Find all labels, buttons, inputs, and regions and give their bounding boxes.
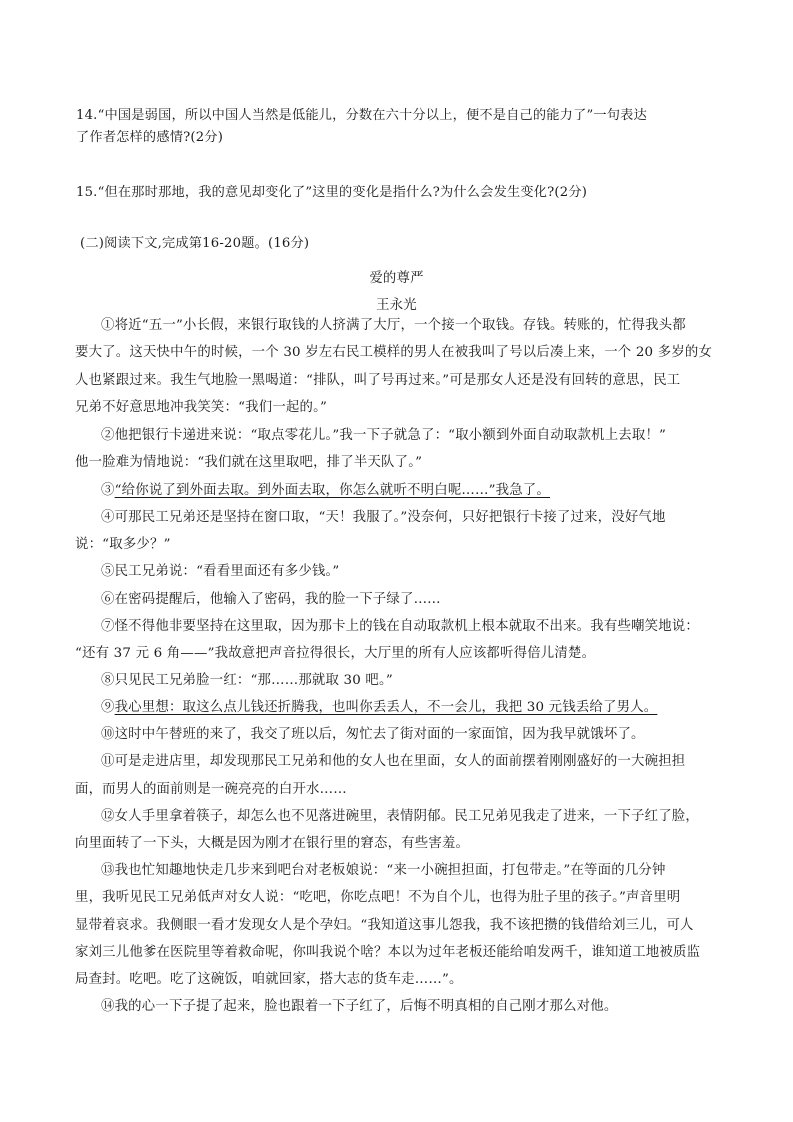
paragraph-10: ⑩这时中午替班的来了，我交了班以后，匆忙去了街对面的一家面馆，因为我早就饿坏了。 — [101, 725, 645, 745]
paragraph-3: ③“给你说了到外面去取。到外面去取，你怎么就听不明白呢……”我急了。 — [101, 481, 550, 501]
paragraph-14: ⑭我的心一下子提了起来，脸也跟着一下子红了，后悔不明真相的自己刚才那么对他。 — [101, 997, 617, 1017]
paragraph-13-line-5: 局查封。吃吧。吃了这碗饭，咱就回家，搭大志的货车走……”。 — [75, 970, 463, 990]
paragraph-1-line-3: 人也紧跟过来。我生气地脸一黑喝道：“排队，叫了号再过来。”可是那女人还是没有回转… — [75, 371, 680, 391]
paragraph-11-line-2: 面，而男人的面前则是一碗亮亮的白开水…… — [75, 780, 347, 800]
paragraph-9-number: ⑨ — [101, 700, 115, 715]
paragraph-2-line-1: ②他把银行卡递进来说：“取点零花儿。”我一下子就急了：“取小额到外面自动取款机上… — [101, 426, 666, 446]
article-author: 王永光 — [0, 296, 793, 316]
paragraph-2-line-2: 他一脸难为情地说：“我们就在这里取吧，排了半天队了。” — [75, 453, 422, 473]
paragraph-13-line-2: 里，我听见民工兄弟低声对女人说：“吃吧，你吃点吧！不为自个儿，也得为肚子里的孩子… — [75, 888, 680, 908]
paragraph-8: ⑧只见民工兄弟脸一红：“那……那就取 30 吧。” — [101, 671, 393, 691]
section-instruction: (二)阅读下文,完成第16-20题。(16分) — [80, 234, 309, 254]
question-14-line-1: 14.“中国是弱国，所以中国人当然是低能儿，分数在六十分以上，便不是自己的能力了… — [76, 106, 647, 126]
paragraph-1-line-2: 要大了。这天快中午的时候，一个 30 岁左右民工模样的男人在被我叫了号以后凑上来… — [75, 343, 712, 363]
paragraph-4-line-1: ④可那民工兄弟还是坚持在窗口取，“天！我服了。”没奈何，只好把银行卡接了过来，没… — [101, 508, 666, 528]
paragraph-12-line-1: ⑫女人手里拿着筷子，却怎么也不见落进碗里，表情阴郁。民工兄弟见我走了进来，一下子… — [101, 807, 699, 827]
paragraph-12-line-2: 向里面转了一下头，大概是因为刚才在银行里的窘态，有些害羞。 — [75, 834, 469, 854]
paragraph-3-number: ③ — [101, 483, 115, 498]
paragraph-7-line-1: ⑦怪不得他非要坚持在这里取，因为那卡上的钱在自动取款机上根本就取不出来。我有些嘲… — [101, 617, 699, 637]
paragraph-1-line-4: 兄弟不好意思地冲我笑笑：“我们一起的。” — [75, 398, 327, 418]
paragraph-3-underlined-text: “给你说了到外面去取。到外面去取，你怎么就听不明白呢……”我急了。 — [115, 483, 550, 498]
paragraph-1-line-1: ①将近“五一”小长假，来银行取钱的人挤满了大厅，一个接一个取钱。存钱。转账的，忙… — [101, 316, 686, 336]
paragraph-13-line-4: 家刘三儿他爹在医院里等着救命呢，你叫我说个啥？本以为过年老板还能给咱发两千，谁知… — [75, 943, 700, 963]
paragraph-13-line-1: ⑬我也忙知趣地快走几步来到吧台对老板娘说：“来一小碗担担面，打包带走。”在等面的… — [101, 861, 666, 881]
paragraph-9: ⑨我心里想：取这么点儿钱还折腾我，也叫你丢丢人，不一会儿，我把 30 元钱丢给了… — [101, 698, 657, 718]
paragraph-6: ⑥在密码提醒后，他输入了密码，我的脸一下子绿了…… — [101, 590, 441, 610]
paragraph-9-underlined-text: 我心里想：取这么点儿钱还折腾我，也叫你丢丢人，不一会儿，我把 30 元钱丢给了男… — [115, 700, 658, 715]
question-14-line-2: 了作者怎样的感情?(2分) — [76, 128, 223, 148]
paragraph-11-line-1: ⑪可是走进店里，却发现那民工兄弟和他的女人也在里面，女人的面前摆着刚刚盛好的一大… — [101, 752, 685, 772]
paragraph-4-line-2: 说：“取多少？” — [75, 535, 171, 555]
paragraph-7-line-2: “还有 37 元 6 角——”我故意把声音拉得很长，大厅里的所有人应该都听得倍儿… — [75, 644, 595, 664]
paragraph-5: ⑤民工兄弟说：“看看里面还有多少钱。” — [101, 562, 339, 582]
question-15: 15.“但在那时那地，我的意见却变化了”这里的变化是指什么?为什么会发生变化?(… — [76, 183, 587, 203]
article-title: 爱的尊严 — [0, 269, 793, 289]
paragraph-13-line-3: 显带着哀求。我侧眼一看才发现女人是个孕妇。“我知道这事儿怨我，我不该把攒的钱借给… — [75, 916, 694, 936]
